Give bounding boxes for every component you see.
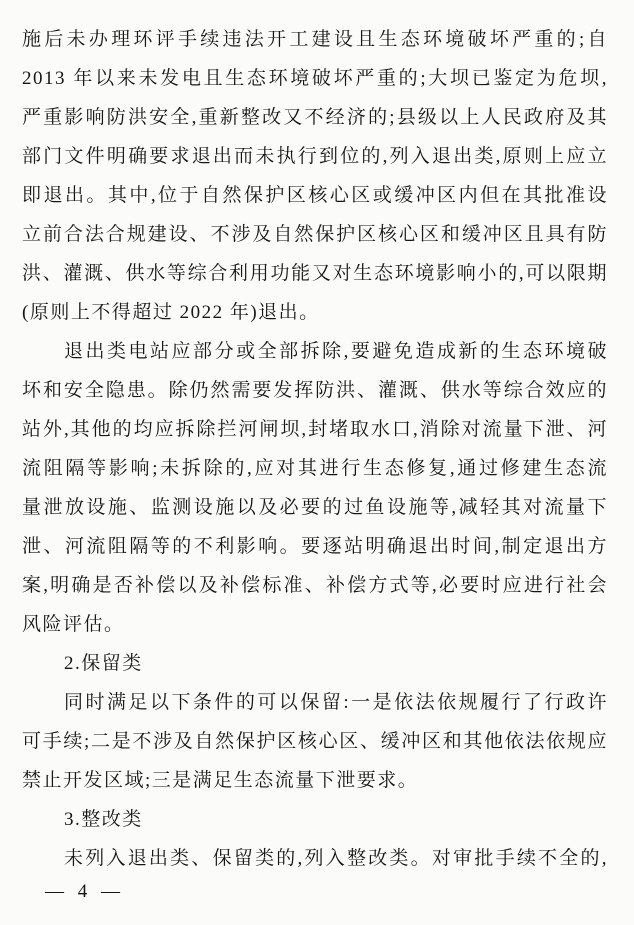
text-line: 洪、灌溉、供水等综合利用功能又对生态环境影响小的,可以限期 — [22, 254, 608, 293]
page-footer: — 4 — — [36, 881, 129, 903]
text-line: 部门文件明确要求退出而未执行到位的,列入退出类,原则上应立 — [22, 137, 608, 176]
text-line: 即退出。其中,位于自然保护区核心区或缓冲区内但在其批准设 — [22, 176, 608, 215]
text-line: 流阻隔等影响;未拆除的,应对其进行生态修复,通过修建生态流 — [22, 449, 608, 488]
text-line-paragraph-start: 同时满足以下条件的可以保留:一是依法依规履行了行政许 — [22, 683, 608, 722]
text-line: 站外,其他的均应拆除拦河闸坝,封堵取水口,消除对流量下泄、河 — [22, 410, 608, 449]
section-heading-retain: 2.保留类 — [22, 644, 608, 683]
text-line: 案,明确是否补偿以及补偿标准、补偿方式等,必要时应进行社会 — [22, 566, 608, 605]
text-line: 泄、河流阻隔等的不利影响。要逐站明确退出时间,制定退出方 — [22, 527, 608, 566]
document-page: 施后未办理环评手续违法开工建设且生态环境破坏严重的;自2013 年以来未发电且生… — [0, 0, 634, 925]
text-line-paragraph-end: 风险评估。 — [22, 605, 608, 644]
text-line: 严重影响防洪安全,重新整改又不经济的;县级以上人民政府及其 — [22, 98, 608, 137]
footer-dash-right: — — [101, 881, 120, 903]
text-line-paragraph-end: (原则上不得超过 2022 年)退出。 — [22, 293, 608, 332]
text-line: 坏和安全隐患。除仍然需要发挥防洪、灌溉、供水等综合效应的电 — [22, 371, 608, 410]
document-body: 施后未办理环评手续违法开工建设且生态环境破坏严重的;自2013 年以来未发电且生… — [22, 20, 608, 878]
text-line: 立前合法合规建设、不涉及自然保护区核心区和缓冲区且具有防 — [22, 215, 608, 254]
text-line: 量泄放设施、监测设施以及必要的过鱼设施等,减轻其对流量下 — [22, 488, 608, 527]
text-line-paragraph-start: 未列入退出类、保留类的,列入整改类。对审批手续不全的, — [22, 839, 608, 878]
text-line: 2013 年以来未发电且生态环境破坏严重的;大坝已鉴定为危坝, — [22, 59, 608, 98]
text-line-paragraph-start: 退出类电站应部分或全部拆除,要避免造成新的生态环境破 — [22, 332, 608, 371]
text-line-paragraph-end: 禁止开发区域;三是满足生态流量下泄要求。 — [22, 761, 608, 800]
text-line: 可手续;二是不涉及自然保护区核心区、缓冲区和其他依法依规应 — [22, 722, 608, 761]
footer-page-number: 4 — [78, 881, 88, 903]
section-heading-rectify: 3.整改类 — [22, 800, 608, 839]
footer-dash-left: — — [45, 881, 64, 903]
text-line: 施后未办理环评手续违法开工建设且生态环境破坏严重的;自 — [22, 20, 608, 59]
